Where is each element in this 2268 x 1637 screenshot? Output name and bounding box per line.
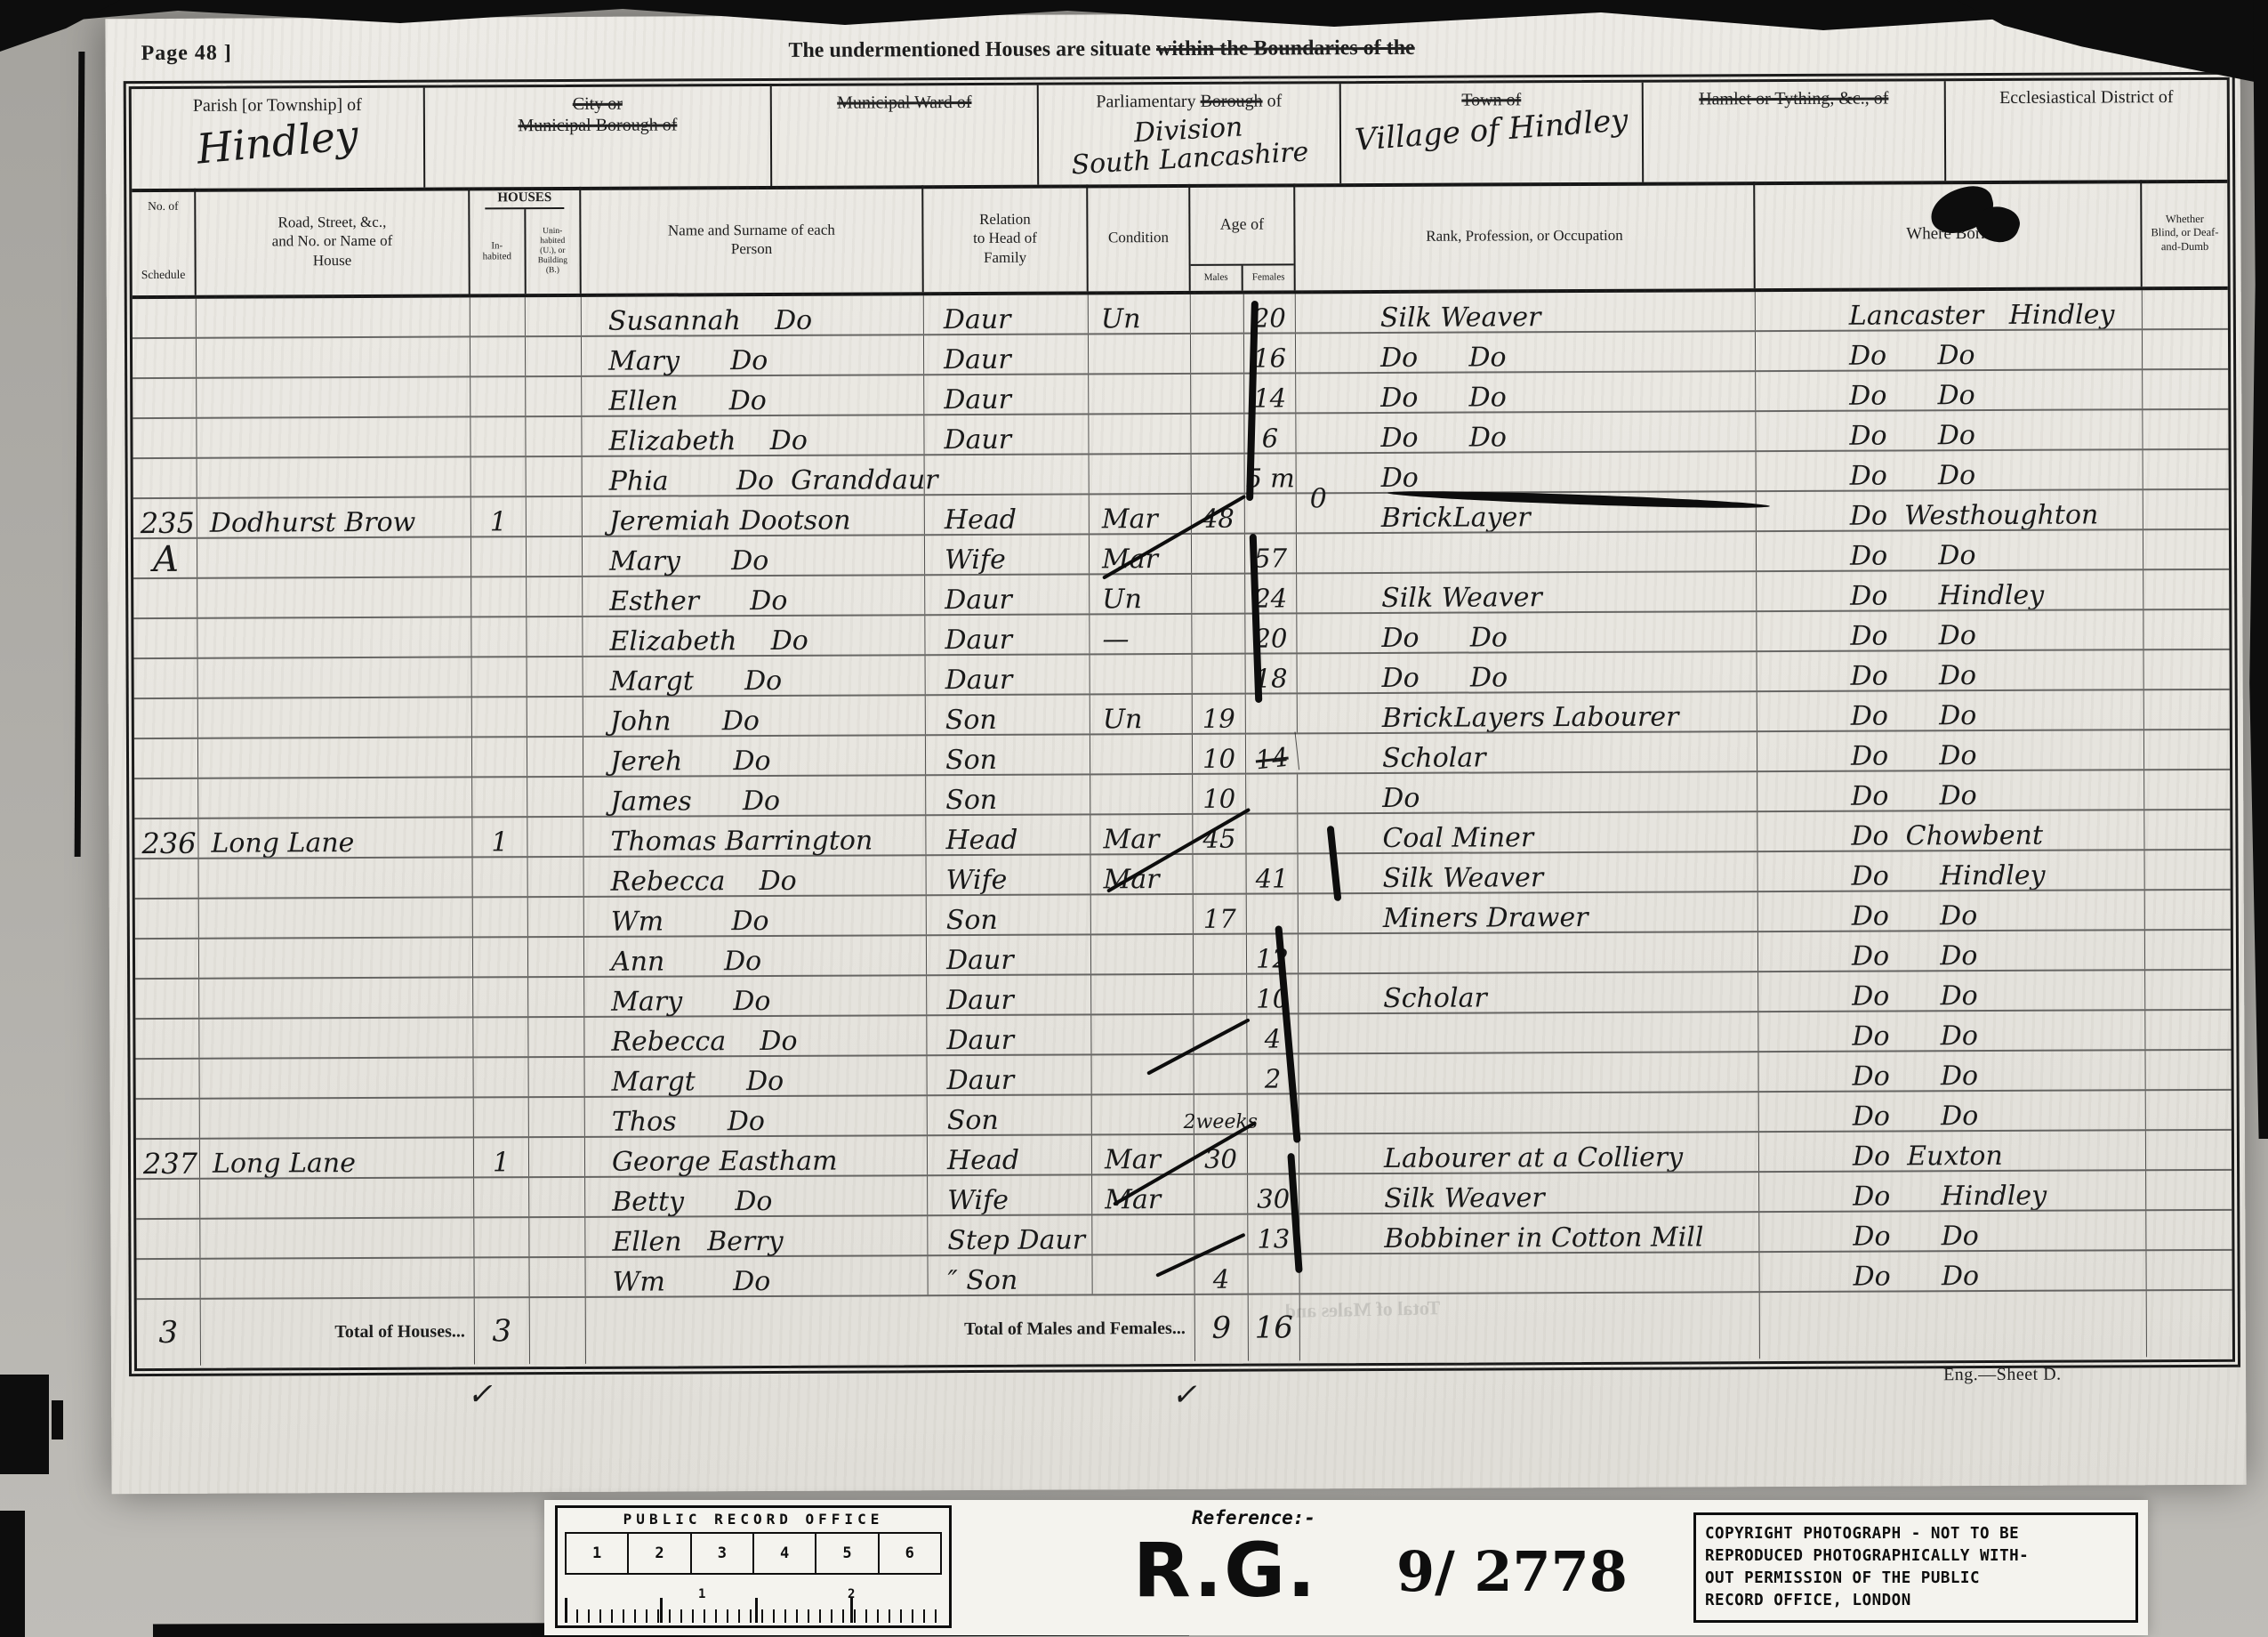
census-row: Margt DoDaur18Do DoDo Do bbox=[134, 650, 2230, 699]
stamp-reference-label: Reference:- bbox=[1192, 1507, 1315, 1528]
form-header-field: Parish [or Township] ofHindley bbox=[132, 88, 425, 189]
cell-born: Do Do bbox=[1757, 450, 2143, 490]
cell-age_f bbox=[1246, 774, 1298, 812]
ruler-number: 5 bbox=[816, 1534, 879, 1573]
cell-name: Rebecca Do bbox=[584, 1016, 927, 1056]
cell-blind bbox=[2145, 1051, 2231, 1089]
cell-occupation: Silk Weaver bbox=[1297, 572, 1757, 612]
cell-schedule bbox=[134, 739, 198, 778]
stamp-piece-number: 9/ 2778 bbox=[1396, 1539, 1628, 1604]
cell-name: Rebecca Do bbox=[584, 856, 927, 896]
cell-born: Do Do bbox=[1758, 931, 2145, 971]
cell-age_f: 41 bbox=[1247, 854, 1299, 892]
cell-born: Do Do bbox=[1756, 330, 2143, 370]
cell-uninhab bbox=[527, 497, 583, 536]
cell-age_m bbox=[1194, 855, 1247, 893]
col-blind: Whether Blind, or Deaf- and-Dumb bbox=[2142, 180, 2228, 286]
cell-age_m bbox=[1191, 415, 1244, 453]
scan-mark bbox=[52, 1400, 63, 1439]
cell-road: Long Lane bbox=[198, 818, 472, 857]
field-label-segment: Parish [or Township] of bbox=[193, 95, 362, 116]
cell-age_m: 2weeks bbox=[1194, 1095, 1248, 1133]
cell-age_m bbox=[1192, 455, 1245, 493]
census-row: Wm Do″ Son4Do Do bbox=[136, 1251, 2232, 1300]
cell-born: Do Do bbox=[1757, 610, 2143, 650]
cell-road bbox=[200, 1178, 474, 1217]
ruler-fine-scale: 1 2 bbox=[565, 1591, 942, 1623]
cell-schedule bbox=[135, 1020, 199, 1058]
census-row: Elizabeth DoDaur6Do DoDo Do bbox=[133, 410, 2228, 459]
scan-mark bbox=[0, 1375, 49, 1474]
cell-name: Margt Do bbox=[584, 1056, 927, 1096]
cell-name: Susannah Do bbox=[582, 295, 924, 335]
cell-born: Do Do bbox=[1759, 1251, 2146, 1291]
cell-blind bbox=[2143, 530, 2229, 569]
col-houses-subheads: In- habited Unin- habited (U.), or Build… bbox=[470, 209, 579, 294]
cell-condition bbox=[1091, 935, 1194, 974]
cell-age_m bbox=[1193, 655, 1246, 693]
cell-uninhab bbox=[528, 1018, 584, 1056]
field-handwritten-value: Division South Lancashire bbox=[1038, 108, 1341, 181]
cell-name: Mary Do bbox=[583, 536, 925, 576]
cell-uninhab bbox=[526, 377, 582, 415]
cell-age_m bbox=[1192, 575, 1245, 613]
scan-edge-corner-left bbox=[0, 0, 120, 52]
field-label-segment: City or bbox=[573, 94, 623, 114]
cell-condition: Mar bbox=[1091, 855, 1194, 894]
cell-occupation: Do Do bbox=[1296, 412, 1756, 452]
cell-born: Lancaster Hindley bbox=[1756, 290, 2143, 330]
cell-occupation: Do Do bbox=[1296, 332, 1756, 372]
cell-name: Phia Do Granddaur bbox=[583, 456, 925, 496]
copyright-line: RECORD OFFICE, LONDON bbox=[1705, 1590, 2127, 1612]
cell-inhab bbox=[471, 617, 527, 656]
cell-name: John Do bbox=[583, 696, 926, 736]
col-occupation: Rank, Profession, or Occupation bbox=[1295, 181, 1756, 290]
cell-relation bbox=[925, 455, 1090, 494]
cell-inhab bbox=[470, 337, 526, 375]
col-age: Age of bbox=[1219, 184, 1264, 264]
totals-schedule: 3 bbox=[137, 1300, 201, 1366]
cell-blind bbox=[2146, 1091, 2232, 1129]
ruler-number: 3 bbox=[692, 1534, 754, 1573]
cell-schedule: 237 bbox=[136, 1140, 200, 1178]
cell-name: George Eastham bbox=[585, 1136, 928, 1176]
cell-born: Do Do bbox=[1758, 891, 2145, 931]
cell-relation: Son bbox=[927, 895, 1091, 934]
cell-born: Do Do bbox=[1757, 730, 2144, 770]
cell-condition: Un bbox=[1090, 695, 1193, 734]
cell-condition bbox=[1090, 455, 1192, 494]
cell-road bbox=[198, 698, 472, 737]
census-row: James DoSon10DoDo Do bbox=[134, 770, 2230, 819]
field-label-segment: Parliamentary bbox=[1096, 92, 1200, 112]
cell-relation: Daur bbox=[924, 335, 1089, 374]
cell-occupation: Bobbiner in Cotton Mill bbox=[1299, 1213, 1759, 1253]
cell-schedule bbox=[135, 859, 199, 898]
cell-road bbox=[199, 858, 473, 897]
totals-empty-blind bbox=[2147, 1291, 2232, 1357]
field-label-segment: Municipal Borough of bbox=[518, 116, 677, 136]
cell-age_m bbox=[1191, 294, 1244, 333]
cell-uninhab bbox=[529, 1098, 585, 1136]
ruler-ticks bbox=[565, 1596, 942, 1623]
census-row: Mary DoDaur16Do DoDo Do bbox=[133, 330, 2228, 379]
cell-name: Betty Do bbox=[585, 1176, 928, 1216]
cell-uninhab bbox=[527, 657, 583, 696]
cell-schedule: A bbox=[133, 539, 197, 577]
cell-age_m bbox=[1192, 535, 1245, 573]
cell-uninhab bbox=[527, 537, 583, 576]
stamp-series: R.G. bbox=[1133, 1527, 1317, 1614]
cell-uninhab bbox=[527, 698, 583, 736]
census-row: Mary DoDaur10ScholarDo Do bbox=[135, 971, 2231, 1020]
cell-schedule bbox=[133, 459, 197, 497]
cell-born: Do Do bbox=[1757, 650, 2144, 690]
cell-uninhab bbox=[529, 1218, 585, 1256]
cell-uninhab bbox=[527, 617, 583, 656]
cell-blind bbox=[2144, 851, 2230, 889]
cell-uninhab bbox=[528, 978, 584, 1016]
stamp-copyright-box: COPYRIGHT PHOTOGRAPH - NOT TO BE REPRODU… bbox=[1693, 1512, 2138, 1623]
form-header-field: Town ofVillage of Hindley bbox=[1341, 83, 1644, 183]
pro-reference-stamp: PUBLIC RECORD OFFICE 1 2 3 4 5 6 1 2 Ref… bbox=[544, 1500, 2148, 1635]
cell-condition bbox=[1090, 775, 1193, 814]
cell-born: Do Hindley bbox=[1759, 1171, 2146, 1211]
cell-inhab bbox=[473, 1058, 528, 1096]
col-schedule-line2: Schedule bbox=[141, 268, 186, 283]
cell-born: Do Do bbox=[1759, 1211, 2146, 1251]
cell-relation: Son bbox=[926, 735, 1090, 774]
scan-edge-line bbox=[75, 52, 85, 857]
cell-occupation bbox=[1299, 1052, 1758, 1093]
col-relation: Relation to Head of Family bbox=[923, 184, 1089, 292]
cell-uninhab bbox=[528, 938, 584, 976]
cell-age_m bbox=[1192, 615, 1245, 653]
cell-schedule bbox=[133, 579, 197, 617]
cell-blind bbox=[2143, 330, 2228, 368]
cell-blind bbox=[2143, 570, 2229, 609]
cell-occupation bbox=[1299, 1253, 1759, 1293]
cell-schedule bbox=[134, 659, 198, 698]
cell-condition bbox=[1092, 1215, 1194, 1254]
cell-born: Do Do bbox=[1757, 770, 2144, 810]
cell-schedule: 235 bbox=[133, 499, 197, 537]
cell-inhab bbox=[473, 898, 528, 936]
cell-age_f: 14 bbox=[1244, 731, 1299, 775]
form-header-row: Parish [or Township] ofHindleyCity or Mu… bbox=[132, 80, 2227, 192]
cell-inhab: 1 bbox=[472, 818, 527, 856]
cell-occupation: Do Do bbox=[1298, 652, 1757, 692]
copyright-line: COPYRIGHT PHOTOGRAPH - NOT TO BE bbox=[1705, 1523, 2127, 1545]
cell-road: Dodhurst Brow bbox=[197, 497, 471, 536]
census-row: 237Long Lane1George EasthamHeadMar30Labo… bbox=[136, 1131, 2232, 1180]
cell-blind bbox=[2146, 1171, 2232, 1209]
cell-road bbox=[198, 778, 472, 817]
field-label-segment: Hamlet or Tything, &c., of bbox=[1699, 88, 1888, 109]
checkmark-houses: ✓ bbox=[467, 1376, 493, 1412]
cell-blind bbox=[2145, 971, 2231, 1009]
cell-schedule bbox=[133, 379, 197, 417]
census-row: Ann DoDaur12Do Do bbox=[135, 931, 2231, 980]
cell-uninhab bbox=[528, 858, 584, 896]
checkmark-males: ✓ bbox=[1171, 1377, 1197, 1413]
cell-name: Wm Do bbox=[584, 896, 927, 936]
totals-empty-uninhab bbox=[530, 1298, 586, 1364]
page-title: The undermentioned Houses are situate wi… bbox=[568, 36, 1636, 64]
cell-schedule bbox=[136, 1260, 200, 1298]
cell-road bbox=[200, 1258, 474, 1297]
cell-born: Do Euxton bbox=[1759, 1131, 2146, 1171]
cell-blind bbox=[2144, 810, 2230, 849]
cell-blind bbox=[2143, 370, 2228, 408]
cell-schedule: 236 bbox=[134, 819, 198, 858]
cell-inhab bbox=[471, 457, 527, 496]
cell-name: Mary Do bbox=[582, 335, 924, 375]
form-header-field: Municipal Ward of bbox=[772, 85, 1039, 186]
cell-relation: Daur bbox=[924, 375, 1089, 414]
stamp-office-name: PUBLIC RECORD OFFICE bbox=[558, 1511, 949, 1528]
stamp-ruler: PUBLIC RECORD OFFICE 1 2 3 4 5 6 1 2 bbox=[555, 1505, 952, 1628]
cell-uninhab bbox=[527, 577, 583, 616]
cell-age_f bbox=[1247, 894, 1299, 932]
cell-blind bbox=[2143, 450, 2229, 488]
census-row: AMary DoWifeMar57Do Do bbox=[133, 530, 2229, 579]
cell-schedule bbox=[135, 1060, 199, 1098]
cell-name: Esther Do bbox=[583, 576, 925, 616]
cell-uninhab bbox=[529, 1258, 585, 1296]
cell-occupation: Scholar bbox=[1298, 732, 1757, 772]
copyright-line: OUT PERMISSION OF THE PUBLIC bbox=[1705, 1568, 2127, 1590]
census-row: Thos DoSon2weeksDo Do bbox=[136, 1091, 2232, 1140]
cell-schedule bbox=[135, 980, 199, 1018]
cell-occupation: Silk Weaver bbox=[1299, 1173, 1759, 1213]
cell-road bbox=[197, 337, 470, 376]
cell-uninhab bbox=[527, 738, 583, 776]
sheet-label: Eng.—Sheet D. bbox=[1943, 1365, 2062, 1386]
cell-road bbox=[199, 938, 473, 977]
col-inhabited: In- habited bbox=[470, 209, 526, 294]
cell-born: Do Do bbox=[1758, 971, 2145, 1011]
field-handwritten-value: Village of Hindley bbox=[1340, 104, 1643, 158]
cell-born: Do Do bbox=[1758, 1011, 2145, 1051]
census-row: Phia Do Granddaur5 mDoDo Do bbox=[133, 450, 2229, 499]
cell-blind bbox=[2143, 490, 2229, 528]
cell-name: Ann Do bbox=[584, 936, 927, 976]
cell-inhab bbox=[473, 1018, 528, 1056]
col-houses: HOUSES bbox=[485, 187, 564, 209]
cell-occupation: Scholar bbox=[1299, 972, 1758, 1012]
col-uninhabited: Unin- habited (U.), or Building (B.) bbox=[526, 209, 580, 294]
scanned-census-page: Page 48 ] The undermentioned Houses are … bbox=[0, 0, 2268, 1637]
cell-condition bbox=[1089, 375, 1191, 414]
cell-uninhab bbox=[527, 457, 583, 496]
page-number: Page 48 ] bbox=[141, 42, 232, 66]
cell-inhab bbox=[474, 1098, 529, 1136]
cell-name: Ellen Berry bbox=[585, 1216, 928, 1256]
cell-occupation: Miners Drawer bbox=[1299, 892, 1758, 932]
cell-road bbox=[197, 377, 470, 416]
cell-relation: Wife bbox=[925, 535, 1090, 574]
cell-inhab bbox=[470, 417, 526, 456]
cell-name: Thomas Barrington bbox=[583, 816, 926, 856]
cell-schedule bbox=[135, 939, 199, 978]
cell-condition bbox=[1091, 975, 1194, 1014]
field-label: City or Municipal Borough of bbox=[425, 86, 770, 137]
field-label: Ecclesiastical District of bbox=[1946, 80, 2227, 109]
totals-males-females-label: Total of Males and Females... bbox=[586, 1295, 1195, 1364]
cell-condition: Mar bbox=[1092, 1175, 1194, 1214]
cell-uninhab bbox=[526, 297, 582, 335]
scan-edge-right bbox=[2245, 0, 2268, 1139]
ruler-scale: 1 2 3 4 5 6 bbox=[565, 1532, 942, 1575]
cell-relation: Step Daur bbox=[928, 1215, 1092, 1254]
cell-road bbox=[197, 297, 470, 336]
cell-blind bbox=[2143, 410, 2228, 448]
col-schedule-line1: No. of bbox=[148, 199, 179, 214]
cell-uninhab bbox=[526, 417, 582, 456]
cell-occupation: Do bbox=[1298, 772, 1757, 812]
cell-occupation: Do Do bbox=[1297, 612, 1757, 652]
census-row: Wm DoSon17Miners DrawerDo Do bbox=[135, 891, 2231, 939]
cell-relation: Head bbox=[926, 815, 1090, 854]
cell-age_m bbox=[1191, 375, 1244, 413]
cell-condition bbox=[1090, 735, 1193, 774]
cell-occupation: Do bbox=[1297, 452, 1757, 492]
cell-relation: Daur bbox=[927, 1015, 1091, 1054]
cell-name: Margt Do bbox=[583, 656, 926, 696]
cell-age_f: 10 bbox=[1247, 974, 1299, 1012]
column-headers: No. of Schedule Road, Street, &c., and N… bbox=[132, 180, 2228, 299]
copyright-line: REPRODUCED PHOTOGRAPHICALLY WITH- bbox=[1705, 1545, 2127, 1568]
cell-inhab bbox=[470, 377, 526, 415]
cell-relation: Daur bbox=[924, 294, 1089, 334]
col-houses-group: HOUSES In- habited Unin- habited (U.), o… bbox=[470, 187, 582, 294]
bleedthrough-text: Total of Males and bbox=[1284, 1296, 1440, 1323]
cell-inhab bbox=[474, 1258, 529, 1296]
cell-relation: Wife bbox=[928, 1175, 1092, 1214]
cell-born: Do Do bbox=[1756, 370, 2143, 410]
totals-males: 9 bbox=[1195, 1295, 1249, 1361]
cell-schedule bbox=[134, 779, 198, 818]
cell-inhab: 1 bbox=[471, 497, 527, 536]
cell-age_f bbox=[1248, 1254, 1299, 1293]
census-sheet-paper: Page 48 ] The undermentioned Houses are … bbox=[105, 10, 2246, 1494]
totals-empty-born bbox=[1760, 1291, 2147, 1359]
cell-schedule bbox=[133, 419, 197, 457]
col-age-subheads: Males Females bbox=[1191, 263, 1294, 291]
cell-relation: Head bbox=[928, 1135, 1092, 1174]
cell-age_f bbox=[1246, 814, 1298, 852]
cell-relation: Son bbox=[926, 695, 1090, 734]
col-road: Road, Street, &c., and No. or Name of Ho… bbox=[196, 187, 470, 294]
cell-schedule bbox=[136, 1220, 200, 1258]
cell-inhab bbox=[473, 858, 528, 896]
cell-condition bbox=[1091, 895, 1194, 934]
field-label: Municipal Ward of bbox=[772, 85, 1037, 115]
cell-name: Elizabeth Do bbox=[582, 415, 924, 456]
cell-road bbox=[199, 978, 473, 1017]
ruler-number: 4 bbox=[754, 1534, 816, 1573]
census-row: Susannah DoDaurUn20Silk WeaverLancaster … bbox=[133, 290, 2228, 339]
cell-uninhab bbox=[529, 1178, 585, 1216]
page-title-segment: The undermentioned Houses are situate bbox=[788, 37, 1156, 62]
cell-uninhab bbox=[527, 778, 583, 816]
cell-relation: Daur bbox=[925, 615, 1090, 654]
cell-inhab bbox=[472, 738, 527, 776]
scan-mark bbox=[0, 1511, 25, 1637]
cell-name: Jeremiah Dootson bbox=[583, 496, 925, 536]
cell-occupation: Do Do bbox=[1296, 372, 1756, 412]
cell-relation: Head bbox=[925, 495, 1090, 534]
form-header-field: Parliamentary Borough ofDivision South L… bbox=[1039, 84, 1341, 184]
census-row: Ellen BerryStep Daur13Bobbiner in Cotton… bbox=[136, 1211, 2232, 1260]
cell-inhab bbox=[473, 978, 528, 1016]
cell-born: Do Westhoughton bbox=[1757, 490, 2143, 530]
census-form-table: Parish [or Township] ofHindleyCity or Mu… bbox=[129, 77, 2235, 1371]
cell-occupation: Silk Weaver bbox=[1296, 292, 1756, 332]
totals-houses-label: Total of Houses... bbox=[201, 1298, 475, 1365]
cell-born: Do Chowbent bbox=[1757, 810, 2144, 851]
cell-relation: Daur bbox=[924, 415, 1089, 454]
cell-road: Long Lane bbox=[200, 1138, 474, 1177]
totals-houses-value: 3 bbox=[475, 1298, 530, 1364]
cell-age_f bbox=[1246, 694, 1298, 732]
cell-age_f: 12 bbox=[1247, 934, 1299, 972]
cell-inhab bbox=[472, 657, 527, 696]
cell-relation: Daur bbox=[927, 1055, 1091, 1094]
cell-condition: Mar bbox=[1090, 495, 1192, 534]
cell-schedule bbox=[136, 1100, 200, 1138]
totals-females: 16 bbox=[1249, 1294, 1300, 1360]
cell-blind bbox=[2146, 1131, 2232, 1169]
cell-condition bbox=[1089, 335, 1191, 374]
cell-inhab bbox=[474, 1218, 529, 1256]
cell-relation: Daur bbox=[926, 655, 1090, 694]
cell-blind bbox=[2143, 290, 2228, 328]
form-header-field: Ecclesiastical District of bbox=[1946, 80, 2227, 181]
cell-inhab bbox=[471, 577, 527, 616]
cell-name: Ellen Do bbox=[582, 375, 924, 415]
cell-age_m: 10 bbox=[1193, 775, 1246, 813]
cell-blind bbox=[2143, 610, 2229, 649]
cell-road bbox=[198, 738, 472, 777]
cell-road bbox=[199, 1018, 473, 1057]
page-title-segment: within the Boundaries of the bbox=[1156, 36, 1415, 60]
cell-born: Do Do bbox=[1757, 690, 2144, 730]
census-row: Elizabeth DoDaur—20Do DoDo Do bbox=[133, 610, 2229, 659]
field-label: Parliamentary Borough of bbox=[1039, 84, 1339, 113]
census-row: John DoSonUn19BrickLayers LabourerDo Do bbox=[134, 690, 2230, 739]
cell-schedule bbox=[135, 899, 199, 938]
field-label-segment: Borough bbox=[1201, 92, 1263, 111]
cell-inhab bbox=[474, 1178, 529, 1216]
cell-road bbox=[198, 657, 472, 697]
cell-inhab bbox=[472, 698, 527, 736]
cell-name: Wm Do bbox=[585, 1256, 928, 1296]
cell-condition bbox=[1089, 415, 1191, 454]
cell-uninhab bbox=[528, 898, 584, 936]
cell-age_m: 10 bbox=[1193, 735, 1246, 773]
cell-occupation bbox=[1299, 1093, 1759, 1133]
census-row: Betty DoWifeMar30Silk WeaverDo Hindley bbox=[136, 1171, 2232, 1220]
cell-condition bbox=[1090, 655, 1193, 694]
census-row: Rebecca DoWifeMar41Silk WeaverDo Hindley bbox=[135, 851, 2231, 899]
cell-road bbox=[197, 577, 471, 617]
field-label-segment: of bbox=[1263, 91, 1283, 110]
cell-occupation bbox=[1297, 532, 1757, 572]
cell-born: Do Do bbox=[1756, 410, 2143, 450]
